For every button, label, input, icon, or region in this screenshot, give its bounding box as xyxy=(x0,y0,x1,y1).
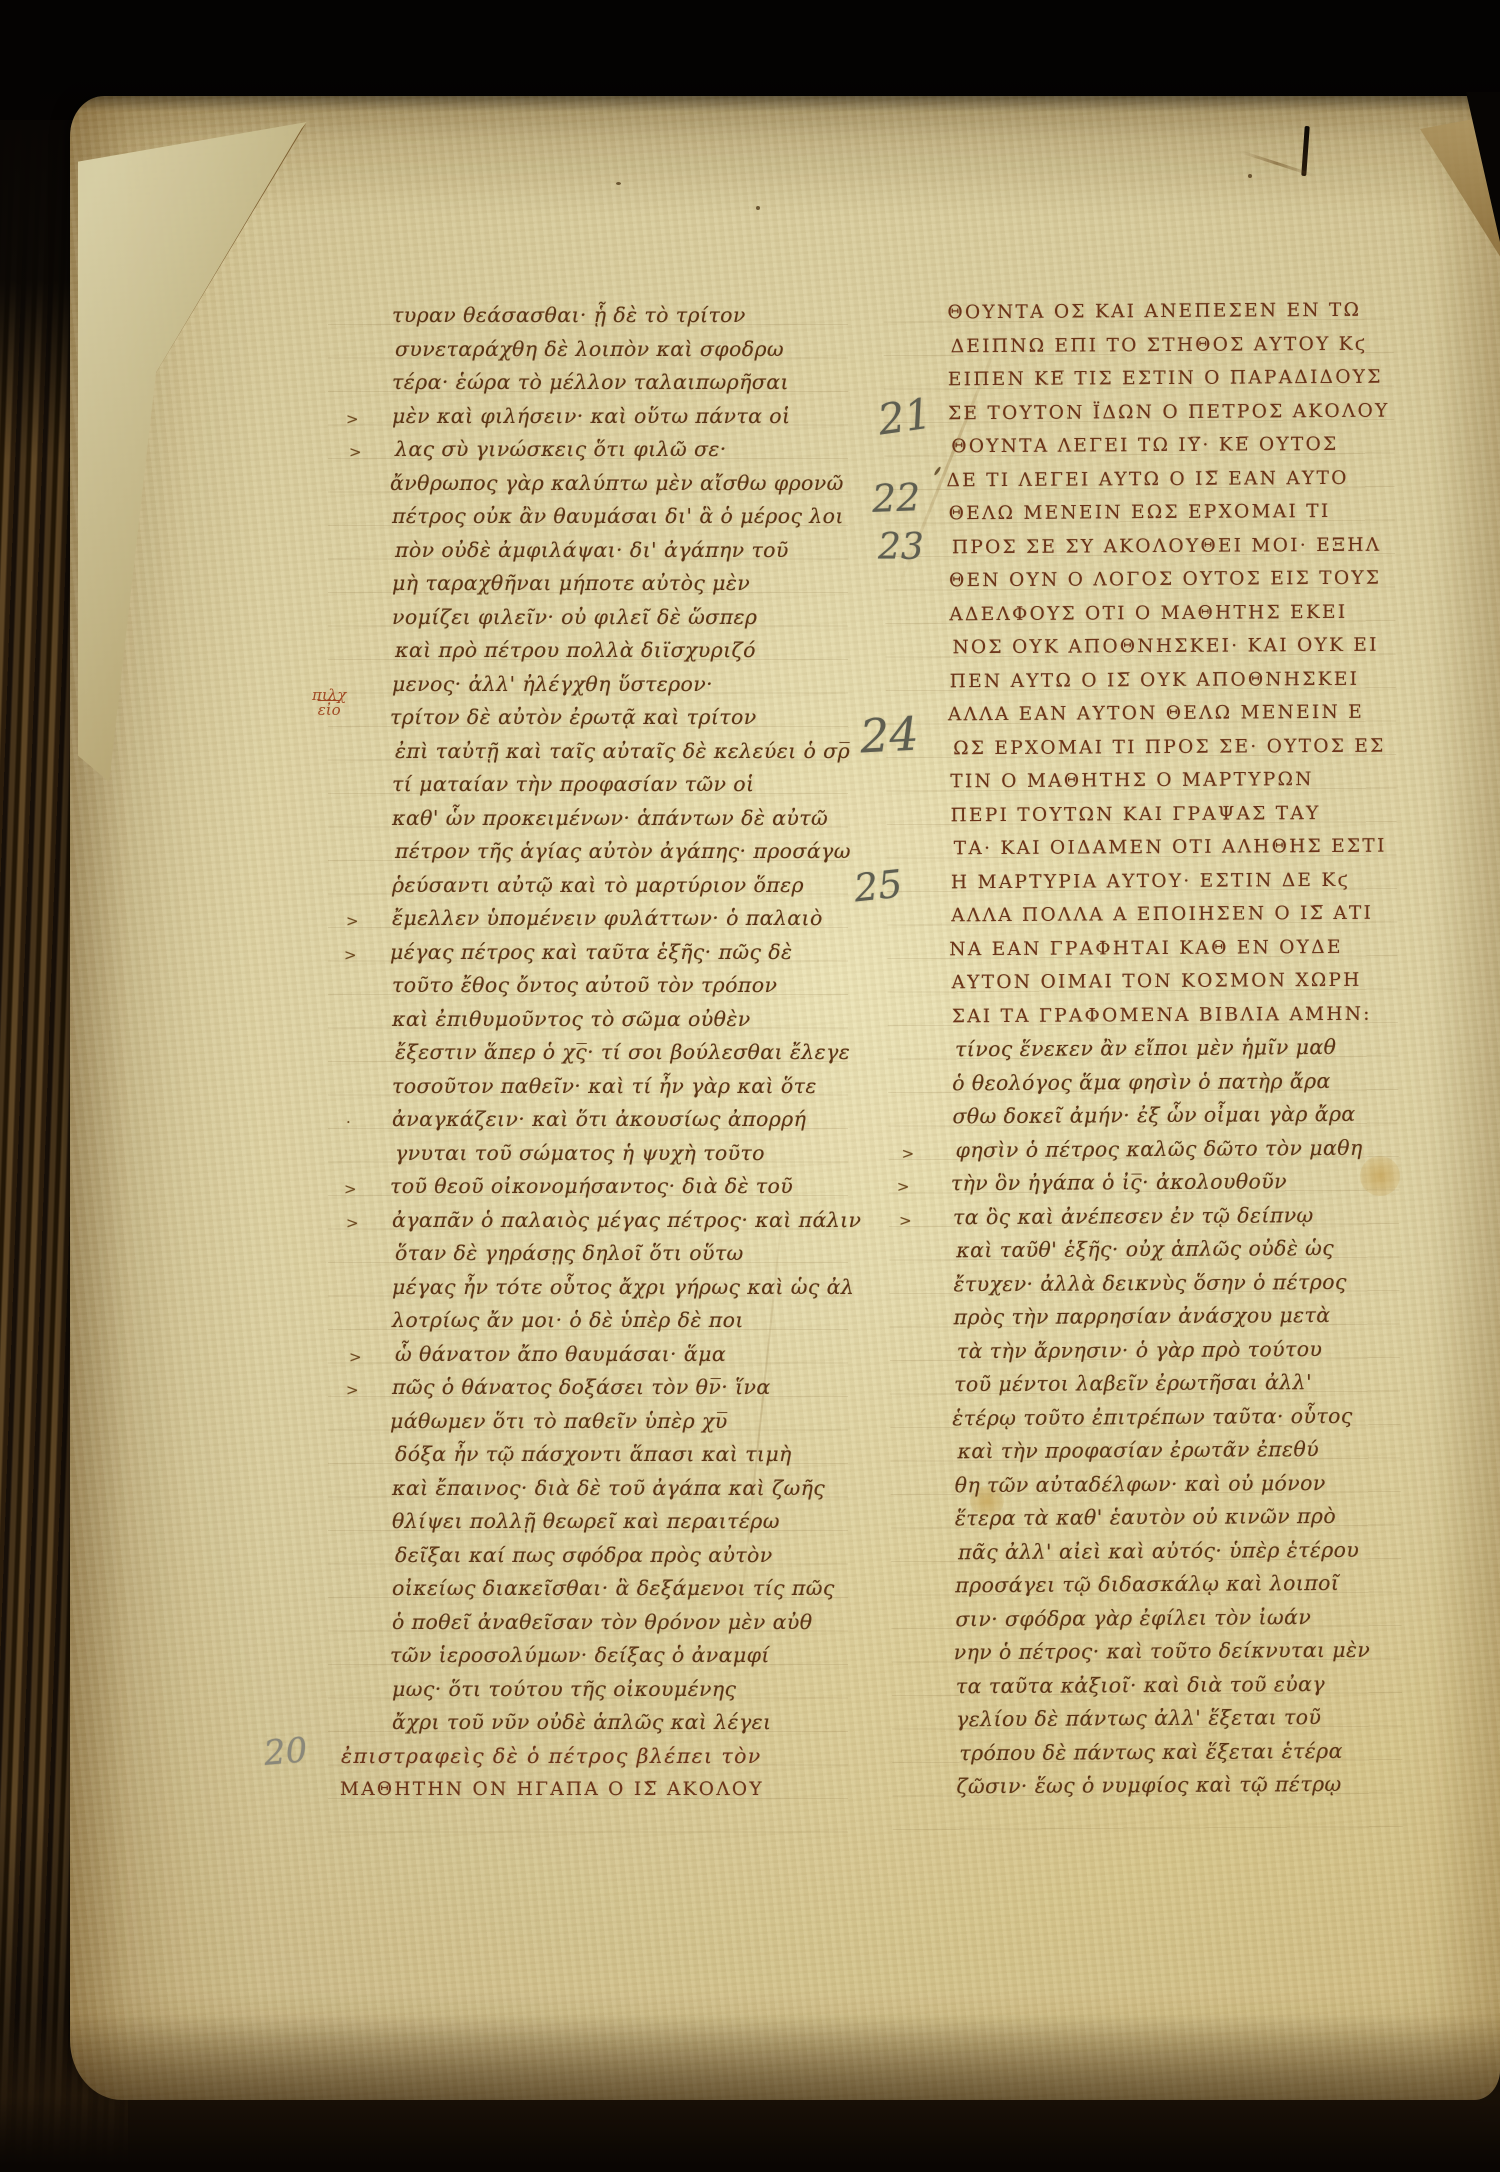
text-line: >φησὶν ὁ πέτρος καλῶς δῶτο τὸν μαθη xyxy=(956,1132,1373,1168)
text-line: θλίψει πολλῇ θεωρεῖ καὶ περαιτέρω xyxy=(392,1506,822,1540)
text-line: ὅταν δὲ γηράσῃς δηλοῖ ὅτι οὕτω xyxy=(395,1238,822,1272)
margin-quote-mark: > xyxy=(349,437,362,468)
text-line: >πῶς ὁ θάνατος δοξάσει τὸν θν̅· ἵνα xyxy=(392,1372,822,1406)
text-line: λοτρίως ἄν μοι· ὁ δὲ ὑπὲρ δὲ ποι xyxy=(392,1305,822,1339)
text-line: καὶ ἐπιθυμοῦντος τὸ σῶμα οὐθὲν xyxy=(392,1004,822,1038)
margin-quote-mark: > xyxy=(897,1172,910,1203)
text-line: σθω δοκεῖ ἀμήν· ἐξ ὧν οἶμαι γὰρ ἄρα xyxy=(952,1099,1372,1135)
text-line: >ἀγαπᾶν ὁ παλαιὸς μέγας πέτρος· καὶ πάλι… xyxy=(392,1205,822,1239)
text-line: ΝΟΣ ΟΥΚ ΑΠΟΘΝΗΣΚΕΙ· ΚΑΙ ΟΥΚ ΕΙ xyxy=(952,630,1369,666)
text-line: ζῶσιν· ἕως ὁ νυμφίος καὶ τῷ πέτρῳ xyxy=(956,1769,1376,1805)
text-line: τί ματαίαν τὴν προφασίαν τῶν οἱ xyxy=(392,769,822,803)
text-line: ΝΑ ΕΑΝ ΓΡΑΦΗΤΑΙ ΚΑΘ ΕΝ ΟΥΔΕ xyxy=(949,931,1371,967)
text-line: καὶ ἔπαινος· διὰ δὲ τοῦ ἀγάπα καὶ ζωῆς xyxy=(392,1473,822,1507)
margin-quote-mark: · xyxy=(346,1107,351,1138)
text-line: ΘΕΝ ΟΥΝ Ο ΛΟΓΟΣ ΟΥΤΟΣ ΕΙΣ ΤΟΥΣ xyxy=(949,563,1369,599)
text-line: τοῦ μέντοι λαβεῖν ἐρωτῆσαι ἀλλ' xyxy=(954,1367,1374,1403)
margin-quote-mark: > xyxy=(346,906,359,937)
verse-number: 21 xyxy=(875,389,935,445)
text-line: ΣΑΙ ΤΑ ΓΡΑΦΟΜΕΝΑ ΒΙΒΛΙΑ ΑΜΗΝ: xyxy=(952,998,1372,1034)
text-line: ἔξεστιν ἅπερ ὁ χς̅· τί σοι βούλεσθαι ἔλε… xyxy=(395,1037,822,1071)
text-line: οἰκείως διακεῖσθαι· ἃ δεξάμενοι τίς πῶς xyxy=(392,1573,822,1607)
ink-speck xyxy=(616,182,621,185)
text-line: πὸν οὐδὲ ἀμφιλάψαι· δι' ἀγάπην τοῦ xyxy=(395,535,822,569)
text-line: ΤΙΝ Ο ΜΑΘΗΤΗΣ Ο ΜΑΡΤΥΡΩΝ xyxy=(950,764,1370,800)
verse-number: 23 xyxy=(878,527,924,568)
text-line: ΘΟΥΝΤΑ ΟΣ ΚΑΙ ΑΝΕΠΕΣΕΝ ΕΝ ΤΩ xyxy=(947,295,1367,331)
manuscript-photo: τυραν θεάσασθαι· ᾗ δὲ τὸ τρίτονσυνεταράχ… xyxy=(0,0,1500,2172)
verse-number: 24 xyxy=(859,707,920,764)
text-line: δόξα ἦν τῷ πάσχοντι ἅπασι καὶ τιμὴ xyxy=(395,1439,822,1473)
text-line: μενος· ἀλλ' ἠλέγχθη ὕστερον· xyxy=(392,669,822,703)
corner-fold-top-right xyxy=(1420,114,1500,264)
text-line: ΑΔΕΛΦΟΥΣ ΟΤΙ Ο ΜΑΘΗΤΗΣ ΕΚΕΙ xyxy=(949,596,1369,632)
text-line: γνυται τοῦ σώματος ἡ ψυχὴ τοῦτο xyxy=(395,1138,822,1172)
text-line: >τὴν ὃν ἠγάπα ὁ ἰς̅· ἀκολουθοῦν xyxy=(951,1166,1373,1202)
text-line: θη τῶν αὐταδέλφων· καὶ οὐ μόνον xyxy=(955,1467,1375,1503)
text-line: >λας σὺ γινώσκεις ὅτι φιλῶ σε· xyxy=(395,434,822,468)
text-line: τοσοῦτον παθεῖν· καὶ τί ἦν γὰρ καὶ ὅτε xyxy=(392,1071,822,1105)
margin-quote-mark: > xyxy=(899,1205,912,1236)
corner-fold-top-left xyxy=(78,122,338,782)
ink-speck xyxy=(933,466,941,476)
text-line: πέτρον τῆς ἁγίας αὐτὸν ἀγάπης· προσάγω xyxy=(395,836,822,870)
text-line: ἐπὶ ταὐτῇ καὶ ταῖς αὐταῖς δὲ κελεύει ὁ σ… xyxy=(395,736,822,770)
text-line: >ὧ θάνατον ἄπο θαυμάσαι· ἅμα xyxy=(395,1339,822,1373)
text-line: ῥεύσαντι αὐτῷ καὶ τὸ μαρτύριον ὅπερ xyxy=(392,870,822,904)
text-line: καὶ ταῦθ' ἑξῆς· οὐχ ἁπλῶς οὐδὲ ὡς xyxy=(956,1233,1373,1269)
text-line: ΘΕΛΩ ΜΕΝΕΙΝ ΕΩΣ ΕΡΧΟΜΑΙ ΤΙ xyxy=(949,496,1369,532)
text-column-right: ΘΟΥΝΤΑ ΟΣ ΚΑΙ ΑΝΕΠΕΣΕΝ ΕΝ ΤΩΔΕΙΠΝΩ ΕΠΙ Τ… xyxy=(947,295,1376,1805)
text-line: ΤΑ· ΚΑΙ ΟΙΔΑΜΕΝ ΟΤΙ ΑΛΗΘΗΣ ΕΣΤΙ xyxy=(954,831,1371,867)
text-line: ΠΕΝ ΑΥΤΩ Ο ΙΣ̅ ΟΥΚ ΑΠΟΘΝΗΣΚΕΙ xyxy=(950,663,1370,699)
text-line: ΠΡΟΣ ΣΕ ΣΥ ΑΚΟΛΟΥΘΕΙ ΜΟΙ· ΕΞΗΛ xyxy=(952,529,1369,565)
text-line: ΔΕΙΠΝΩ ΕΠΙ ΤΟ ΣΤΗΘΟΣ ΑΥΤΟΥ Κϛ xyxy=(951,328,1368,364)
text-line: >τα ὃς καὶ ἀνέπεσεν ἐν τῷ δείπνῳ xyxy=(953,1199,1373,1235)
text-line: ἐπιστραφεὶς δὲ ὁ πέτρος βλέπει τὸν xyxy=(341,1741,768,1775)
margin-quote-mark: > xyxy=(344,1174,357,1205)
ink-speck xyxy=(756,206,760,210)
text-line: ἄνθρωπος γὰρ καλύπτω μὲν αἴσθω φρονῶ xyxy=(390,468,822,502)
text-line: >μέγας πέτρος καὶ ταῦτα ἑξῆς· πῶς δὲ xyxy=(390,937,822,971)
text-line: προσάγει τῷ διδασκάλῳ καὶ λοιποῖ xyxy=(955,1568,1375,1604)
text-line: ἔτυχεν· ἀλλὰ δεικνὺς ὅσην ὁ πέτρος xyxy=(953,1266,1373,1302)
margin-quote-mark: > xyxy=(346,404,359,435)
margin-quote-mark: > xyxy=(346,1375,359,1406)
text-line: ΕΙΠΕΝ ΚΕ̅ ΤΙΣ ΕΣΤΙΝ Ο ΠΑΡΑΔΙΔΟΥΣ xyxy=(948,362,1368,398)
text-line: ΘΟΥΝΤΑ ΛΕΓΕΙ ΤΩ ΙΥ̅· ΚΕ̅ ΟΥΤΟΣ xyxy=(951,429,1368,465)
margin-quote-mark: > xyxy=(346,1208,359,1239)
text-line: Η ΜΑΡΤΥΡΙΑ ΑΥΤΟΥ· ΕΣΤΙΝ ΔΕ Κϛ xyxy=(951,864,1371,900)
text-line: ΑΛΛΑ ΕΑΝ ΑΥΤΟΝ ΘΕΛΩ ΜΕΝΕΙΝ Ε xyxy=(948,697,1370,733)
text-line: μέγας ἦν τότε οὗτος ἄχρι γήρως καὶ ὡς ἀλ xyxy=(392,1272,822,1306)
text-line: σιν· σφόδρα γὰρ ἐφίλει τὸν ἰωάν xyxy=(955,1601,1375,1637)
text-line: καὶ πρὸ πέτρου πολλὰ διϊσχυριζό xyxy=(395,635,822,669)
text-line: ἕτερα τὰ καθ' ἑαυτὸν οὐ κινῶν πρὸ xyxy=(955,1501,1375,1537)
verse-number: 20 xyxy=(262,1730,309,1774)
text-line: ὁ θεολόγος ἅμα φησὶν ὁ πατὴρ ἄρα xyxy=(952,1065,1372,1101)
text-line: νομίζει φιλεῖν· οὐ φιλεῖ δὲ ὥσπερ xyxy=(392,602,822,636)
text-line: μάθωμεν ὅτι τὸ παθεῖν ὑπὲρ χυ̅ xyxy=(390,1406,822,1440)
text-line: καὶ τὴν προφασίαν ἐρωτᾶν ἐπεθύ xyxy=(957,1434,1374,1470)
red-margin-gloss: πιλχ εἰο xyxy=(312,688,346,718)
text-line: ΜΑΘΗΤΗΝ ΟΝ ΗΓΑΠΑ Ο ΙΣ̅ ΑΚΟΛΟΥ xyxy=(340,1774,770,1808)
text-line: πᾶς ἀλλ' αἰεὶ καὶ αὐτός· ὑπὲρ ἑτέρου xyxy=(958,1534,1375,1570)
text-line: ·ἀναγκάζειν· καὶ ὅτι ἀκουσίως ἀπορρή xyxy=(392,1104,822,1138)
verse-number: 25 xyxy=(852,862,905,911)
text-line: δεῖξαι καί πως σφόδρα πρὸς αὐτὸν xyxy=(395,1540,822,1574)
text-line: >τοῦ θεοῦ οἰκονομήσαντος· διὰ δὲ τοῦ xyxy=(390,1171,822,1205)
red-gloss-line: εἰο xyxy=(312,703,346,718)
text-line: ΑΥΤΟΝ ΟΙΜΑΙ ΤΟΝ ΚΟΣΜΟΝ ΧΩΡΗ xyxy=(951,965,1371,1001)
text-line: τέρα· ἑώρα τὸ μέλλον ταλαιπωρῆσαι xyxy=(392,367,822,401)
verse-number: 22 xyxy=(871,475,921,521)
text-line: τρίτον δὲ αὐτὸν ἐρωτᾷ καὶ τρίτον xyxy=(390,702,822,736)
text-line: νην ὁ πέτρος· καὶ τοῦτο δείκνυται μὲν xyxy=(954,1635,1376,1671)
margin-quote-mark: > xyxy=(344,940,357,971)
text-line: ΠΕΡΙ ΤΟΥΤΩΝ ΚΑΙ ΓΡΑΨΑΣ ΤΑΥ xyxy=(950,797,1370,833)
text-line: >ἔμελλεν ὑπομένειν φυλάττων· ὁ παλαιὸ xyxy=(392,903,822,937)
text-line: τῶν ἱεροσολύμων· δείξας ὁ ἀναμφί xyxy=(390,1640,822,1674)
tear-slit xyxy=(1301,126,1309,176)
text-line: μὴ ταραχθῆναι μήποτε αὐτὸς μὲν xyxy=(392,568,822,602)
text-line: πέτρος οὐκ ἂν θαυμάσαι δι' ἃ ὁ μέρος λοι xyxy=(392,501,822,535)
text-line: μως· ὅτι τούτου τῆς οἰκουμένης xyxy=(392,1674,822,1708)
text-line: ἄχρι τοῦ νῦν οὐδὲ ἁπλῶς καὶ λέγει xyxy=(392,1707,822,1741)
text-line: ΩΣ ΕΡΧΟΜΑΙ ΤΙ ΠΡΟΣ ΣΕ· ΟΥΤΟΣ ΕΣ xyxy=(953,730,1370,766)
text-line: τοῦτο ἔθος ὄντος αὐτοῦ τὸν τρόπον xyxy=(392,970,822,1004)
text-line: ὁ ποθεῖ ἀναθεῖσαν τὸν θρόνον μὲν αὐθ xyxy=(392,1607,822,1641)
ink-speck xyxy=(1248,174,1252,178)
text-line: καθ' ὧν προκειμένων· ἁπάντων δὲ αὐτῶ xyxy=(392,803,822,837)
text-line: τίνος ἕνεκεν ἂν εἴποι μὲν ἡμῖν μαθ xyxy=(955,1032,1372,1068)
text-line: γελίου δὲ πάντως ἀλλ' ἕξεται τοῦ xyxy=(956,1702,1376,1738)
text-line: τὰ τὴν ἄρνησιν· ὁ γὰρ πρὸ τούτου xyxy=(957,1333,1374,1369)
text-column-left: τυραν θεάσασθαι· ᾗ δὲ τὸ τρίτονσυνεταράχ… xyxy=(392,300,822,1808)
text-line: τρόπου δὲ πάντως καὶ ἕξεται ἑτέρα xyxy=(959,1735,1376,1771)
text-line: συνεταράχθη δὲ λοιπὸν καὶ σφοδρω xyxy=(395,334,822,368)
text-line: τυραν θεάσασθαι· ᾗ δὲ τὸ τρίτον xyxy=(392,300,822,334)
text-line: ΔΕ ΤΙ ΛΕΓΕΙ ΑΥΤΩ Ο ΙΣ̅ ΕΑΝ ΑΥΤΟ xyxy=(946,462,1368,498)
text-line: ἑτέρῳ τοῦτο ἐπιτρέπων ταῦτα· οὗτος xyxy=(952,1400,1374,1436)
text-line: ΣΕ ΤΟΥΤΟΝ ΪΔΩΝ Ο ΠΕΤΡΟΣ ΑΚΟΛΟΥ xyxy=(948,395,1368,431)
text-line: πρὸς τὴν παρρησίαν ἀνάσχου μετὰ xyxy=(954,1300,1374,1336)
text-line: >μὲν καὶ φιλήσειν· καὶ οὕτω πάντα οἱ xyxy=(392,401,822,435)
margin-quote-mark: > xyxy=(349,1342,362,1373)
text-line: ΑΛΛΑ ΠΟΛΛΑ Α ΕΠΟΙΗΣΕΝ Ο ΙΣ̅ ΑΤΙ xyxy=(951,898,1371,934)
text-line: τα ταῦτα κἀξιοῖ· καὶ διὰ τοῦ εὐαγ xyxy=(956,1668,1376,1704)
margin-quote-mark: > xyxy=(902,1138,915,1169)
